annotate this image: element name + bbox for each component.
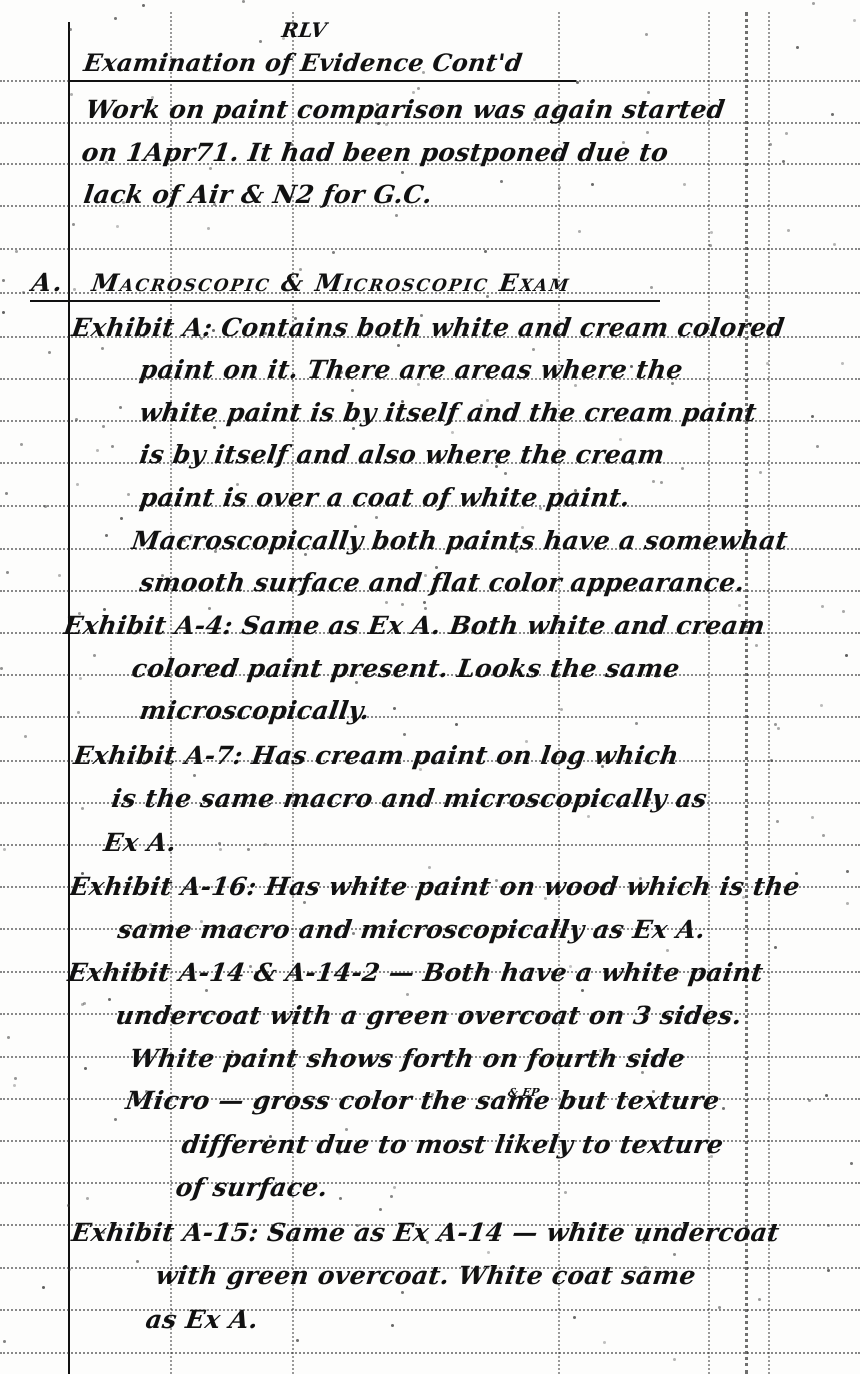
scan-speckle <box>199 1013 202 1016</box>
scan-speckle <box>294 317 297 320</box>
scan-speckle <box>504 472 507 475</box>
scan-speckle <box>647 91 650 94</box>
scan-speckle <box>219 848 222 851</box>
scan-speckle <box>83 1002 86 1005</box>
scan-speckle <box>145 1090 148 1093</box>
scan-speckle <box>119 406 122 409</box>
scan-speckle <box>195 413 198 416</box>
scan-speckle <box>354 525 357 528</box>
scan-speckle <box>718 1306 721 1309</box>
scan-speckle <box>282 37 285 40</box>
scan-speckle <box>375 516 378 519</box>
left-margin-line <box>68 22 70 1374</box>
scan-speckle <box>218 842 221 845</box>
scan-speckle <box>467 452 470 455</box>
scan-speckle <box>299 714 302 717</box>
scan-speckle <box>816 445 819 448</box>
scan-speckle <box>207 227 210 230</box>
scan-speckle <box>634 625 637 628</box>
notebook-line: White paint shows forth on fourth side <box>128 1044 687 1073</box>
scan-speckle <box>379 1208 382 1211</box>
scan-speckle <box>569 965 572 968</box>
scan-speckle <box>795 872 798 875</box>
scan-speckle <box>132 968 135 971</box>
scan-speckle <box>581 989 584 992</box>
scan-speckle <box>3 848 6 851</box>
scan-speckle <box>2 311 5 314</box>
section-underline <box>30 300 660 302</box>
scan-speckle <box>521 526 524 529</box>
scan-speckle <box>14 1077 17 1080</box>
scan-speckle <box>574 384 577 387</box>
scan-speckle <box>116 225 119 228</box>
scan-speckle <box>683 183 686 186</box>
scan-speckle <box>231 1050 234 1053</box>
scan-speckle <box>825 1094 828 1097</box>
scan-speckle <box>652 1090 655 1093</box>
scan-speckle <box>5 492 8 495</box>
scan-speckle <box>249 965 252 968</box>
scan-speckle <box>423 601 426 604</box>
scan-speckle <box>96 449 99 452</box>
scan-speckle <box>642 1241 645 1244</box>
notebook-line: of surface. <box>174 1173 330 1202</box>
scan-speckle <box>401 400 404 403</box>
scan-speckle <box>417 383 420 386</box>
scan-speckle <box>785 132 788 135</box>
intro-line: on 1Apr71. It had been postponed due to <box>80 138 670 167</box>
scan-speckle <box>214 550 217 553</box>
scan-speckle <box>605 1057 608 1060</box>
scan-speckle <box>127 493 130 496</box>
scan-speckle <box>385 123 388 126</box>
scan-speckle <box>639 877 642 880</box>
scan-speckle <box>332 251 335 254</box>
scan-speckle <box>340 371 343 374</box>
scan-speckle <box>576 81 579 84</box>
scan-speckle <box>603 1341 606 1344</box>
scan-speckle <box>122 201 125 204</box>
notebook-line: white paint is by itself and the cream p… <box>138 398 759 427</box>
scan-speckle <box>558 186 561 189</box>
scan-speckle <box>681 467 684 470</box>
scan-speckle <box>831 113 834 116</box>
scan-speckle <box>351 389 354 392</box>
scan-speckle <box>544 897 547 900</box>
scan-speckle <box>601 765 604 768</box>
intro-line: lack of Air & N2 for G.C. <box>82 180 434 209</box>
scan-speckle <box>81 872 84 875</box>
scan-speckle <box>114 17 117 20</box>
scan-speckle <box>846 870 849 873</box>
scan-speckle <box>820 704 823 707</box>
scan-speckle <box>487 1251 490 1254</box>
scan-speckle <box>451 431 454 434</box>
scan-speckle <box>296 1339 299 1342</box>
scan-speckle <box>44 505 47 508</box>
scan-speckle <box>303 901 306 904</box>
scan-speckle <box>673 1253 676 1256</box>
scan-speckle <box>582 968 585 971</box>
scan-speckle <box>853 19 856 22</box>
scan-speckle <box>675 969 678 972</box>
notebook-line: undercoat with a green overcoat on 3 sid… <box>114 1001 744 1030</box>
scan-speckle <box>397 344 400 347</box>
grid-vline <box>745 12 748 1374</box>
scan-speckle <box>68 1268 71 1271</box>
scan-speckle <box>79 677 82 680</box>
scan-speckle <box>755 644 758 647</box>
scan-speckle <box>200 920 203 923</box>
scan-speckle <box>474 893 477 896</box>
scan-speckle <box>208 69 211 72</box>
scan-speckle <box>193 774 196 777</box>
grid-vline <box>170 12 172 1374</box>
scan-speckle <box>72 223 75 226</box>
scan-speckle <box>573 1316 576 1319</box>
scan-speckle <box>622 141 625 144</box>
scan-speckle <box>376 103 379 106</box>
scan-speckle <box>58 574 61 577</box>
scan-speckle <box>81 807 84 810</box>
scan-speckle <box>200 337 203 340</box>
scan-speckle <box>812 2 815 5</box>
scan-speckle <box>630 365 633 368</box>
scan-speckle <box>435 566 438 569</box>
scan-speckle <box>666 949 669 952</box>
scan-speckle <box>213 426 216 429</box>
scan-speckle <box>650 286 653 289</box>
scan-speckle <box>591 183 594 186</box>
ruled-line <box>0 1352 860 1354</box>
scan-speckle <box>587 815 590 818</box>
ruled-line <box>0 1309 860 1311</box>
scan-speckle <box>136 1260 139 1263</box>
scan-speckle <box>103 608 106 611</box>
scan-speckle <box>406 993 409 996</box>
scan-speckle <box>420 314 423 317</box>
scan-speckle <box>67 1204 70 1207</box>
scan-speckle <box>393 707 396 710</box>
scan-speckle <box>646 131 649 134</box>
notebook-page: RLV Examination of Evidence Cont'd Work … <box>0 0 860 1374</box>
scan-speckle <box>641 1071 644 1074</box>
scan-speckle <box>533 118 536 121</box>
scan-speckle <box>671 382 674 385</box>
scan-speckle <box>77 711 80 714</box>
scan-speckle <box>307 105 310 108</box>
scan-speckle <box>436 107 439 110</box>
scan-speckle <box>774 723 777 726</box>
scan-speckle <box>401 171 404 174</box>
scan-speckle <box>747 296 750 299</box>
scan-speckle <box>3 1340 6 1343</box>
scan-speckle <box>845 654 848 657</box>
scan-speckle <box>13 1084 16 1087</box>
scan-speckle <box>841 362 844 365</box>
scan-speckle <box>759 471 762 474</box>
scan-speckle <box>774 946 777 949</box>
section-heading: Macroscopic & Microscopic Exam <box>90 268 573 297</box>
scan-speckle <box>842 610 845 613</box>
grid-vline <box>292 12 294 1374</box>
scan-speckle <box>738 604 741 607</box>
scan-speckle <box>412 91 415 94</box>
scan-speckle <box>419 768 422 771</box>
scan-speckle <box>86 1197 89 1200</box>
scan-speckle <box>264 332 267 335</box>
scan-speckle <box>484 250 487 253</box>
scan-speckle <box>539 507 542 510</box>
scan-speckle <box>618 805 621 808</box>
scan-speckle <box>209 167 212 170</box>
scan-speckle <box>78 612 81 615</box>
scan-speckle <box>24 735 27 738</box>
scan-speckle <box>560 708 563 711</box>
scan-speckle <box>770 759 773 762</box>
notebook-line: colored paint present. Looks the same <box>130 654 682 683</box>
scan-speckle <box>355 681 358 684</box>
scan-speckle <box>479 667 482 670</box>
notebook-line: as Ex A. <box>144 1305 260 1334</box>
scan-speckle <box>190 534 193 537</box>
scan-speckle <box>787 229 790 232</box>
scan-speckle <box>808 1099 811 1102</box>
scan-speckle <box>299 268 302 271</box>
scan-speckle <box>105 534 108 537</box>
scan-speckle <box>525 740 528 743</box>
scan-speckle <box>742 896 745 899</box>
scan-speckle <box>105 161 108 164</box>
scan-speckle <box>426 1241 429 1244</box>
scan-speckle <box>345 1128 348 1131</box>
scan-speckle <box>565 673 568 676</box>
notebook-line: with green overcoat. White coat same <box>154 1261 698 1290</box>
scan-speckle <box>722 1107 725 1110</box>
scan-speckle <box>286 762 289 765</box>
scan-speckle <box>6 571 9 574</box>
scan-speckle <box>674 977 677 980</box>
exhibit-entry-start: Exhibit A-7: Has cream paint on log whic… <box>72 741 681 770</box>
scan-speckle <box>183 539 186 542</box>
scan-speckle <box>236 483 239 486</box>
scan-speckle <box>42 1286 45 1289</box>
scan-speckle <box>417 87 420 90</box>
scan-speckle <box>75 418 78 421</box>
scan-speckle <box>356 1224 359 1227</box>
scan-speckle <box>212 329 215 332</box>
scan-speckle <box>619 438 622 441</box>
scan-speckle <box>709 244 712 247</box>
notebook-line: Micro — gross color the same but texture <box>124 1086 722 1115</box>
scan-speckle <box>612 875 615 878</box>
grid-vline <box>558 12 560 1374</box>
scan-speckle <box>422 71 425 74</box>
scan-speckle <box>395 214 398 217</box>
scan-speckle <box>0 667 3 670</box>
scan-speckle <box>15 250 18 253</box>
scan-speckle <box>242 0 245 3</box>
notebook-line: is by itself and also where the cream <box>138 440 667 469</box>
scan-speckle <box>515 550 518 553</box>
scan-speckle <box>120 517 123 520</box>
scan-speckle <box>495 879 498 882</box>
scan-speckle <box>455 723 458 726</box>
scan-speckle <box>827 1269 830 1272</box>
scan-speckle <box>73 288 76 291</box>
scan-speckle <box>495 465 498 468</box>
section-label: A. <box>30 268 66 297</box>
ruled-line <box>0 248 860 250</box>
insertion-note: & EP <box>507 1086 540 1099</box>
ruled-line <box>0 1182 860 1184</box>
scan-speckle <box>213 203 216 206</box>
intro-line: Work on paint comparison was again start… <box>84 95 727 124</box>
scan-speckle <box>259 40 262 43</box>
scan-speckle <box>149 923 152 926</box>
notebook-line: Macroscopically both paints have a somew… <box>130 526 790 555</box>
scan-speckle <box>648 798 651 801</box>
scan-speckle <box>482 967 485 970</box>
scan-speckle <box>108 998 111 1001</box>
scan-speckle <box>827 1224 830 1227</box>
scan-speckle <box>599 1049 602 1052</box>
scan-speckle <box>339 1197 342 1200</box>
notebook-line: microscopically. <box>138 696 372 725</box>
scan-speckle <box>710 231 713 234</box>
scan-speckle <box>352 427 355 430</box>
scan-speckle <box>304 553 307 556</box>
scan-speckle <box>660 481 663 484</box>
scan-speckle <box>644 1266 647 1269</box>
scan-speckle <box>102 425 105 428</box>
scan-speckle <box>776 820 779 823</box>
scan-speckle <box>401 603 404 606</box>
scan-speckle <box>424 607 427 610</box>
notebook-line: same macro and microscopically as Ex A. <box>116 915 707 944</box>
scan-speckle <box>428 866 431 869</box>
scan-speckle <box>142 4 145 7</box>
scan-speckle <box>833 243 836 246</box>
grid-vline <box>708 12 710 1374</box>
author-initials: RLV <box>280 18 328 42</box>
notebook-line: paint on it. There are areas where the <box>138 355 685 384</box>
scan-speckle <box>393 1186 396 1189</box>
scan-speckle <box>532 348 535 351</box>
scan-speckle <box>655 675 658 678</box>
title-underline <box>70 80 576 82</box>
scan-speckle <box>147 669 150 672</box>
scan-speckle <box>486 295 489 298</box>
scan-speckle <box>846 902 849 905</box>
scan-speckle <box>500 180 503 183</box>
scan-speckle <box>710 1155 713 1158</box>
scan-speckle <box>480 404 483 407</box>
scan-speckle <box>70 93 73 96</box>
scan-speckle <box>208 607 211 610</box>
scan-speckle <box>143 377 146 380</box>
scan-speckle <box>439 1239 442 1242</box>
notebook-line: Ex A. <box>102 828 178 857</box>
scan-speckle <box>777 727 780 730</box>
exhibit-entry-start: Exhibit A-16: Has white paint on wood wh… <box>68 872 802 901</box>
grid-vline <box>768 12 770 1374</box>
scan-speckle <box>93 654 96 657</box>
scan-speckle <box>811 415 814 418</box>
scan-speckle <box>564 1191 567 1194</box>
notebook-line: is the same macro and microscopically as <box>110 784 709 813</box>
scan-speckle <box>84 1067 87 1070</box>
page-title: Examination of Evidence Cont'd <box>82 48 524 77</box>
scan-speckle <box>114 1118 117 1121</box>
scan-speckle <box>673 1358 676 1361</box>
scan-speckle <box>7 1036 10 1039</box>
scan-speckle <box>486 399 489 402</box>
scan-speckle <box>196 405 199 408</box>
exhibit-entry-start: Exhibit A-4: Same as Ex A. Both white an… <box>62 611 767 640</box>
scan-speckle <box>769 143 772 146</box>
scan-speckle <box>290 143 293 146</box>
scan-speckle <box>424 574 427 577</box>
exhibit-entry-start: Exhibit A-14 & A-14-2 — Both have a whit… <box>66 958 765 987</box>
scan-speckle <box>635 722 638 725</box>
scan-speckle <box>247 848 250 851</box>
scan-speckle <box>641 1144 644 1147</box>
exhibit-entry-start: Exhibit A: Contains both white and cream… <box>70 313 786 342</box>
scan-speckle <box>578 1273 581 1276</box>
scan-speckle <box>377 122 380 125</box>
ruled-line <box>0 716 860 718</box>
scan-speckle <box>578 230 581 233</box>
scan-speckle <box>401 1291 404 1294</box>
scan-speckle <box>205 989 208 992</box>
scan-speckle <box>574 489 577 492</box>
scan-speckle <box>48 351 51 354</box>
scan-speckle <box>821 605 824 608</box>
scan-speckle <box>161 574 164 577</box>
scan-speckle <box>822 834 825 837</box>
scan-speckle <box>631 462 634 465</box>
scan-speckle <box>464 926 467 929</box>
scan-speckle <box>850 1162 853 1165</box>
scan-speckle <box>403 733 406 736</box>
scan-speckle <box>22 291 25 294</box>
scan-speckle <box>264 843 267 846</box>
scan-speckle <box>391 1324 394 1327</box>
scan-speckle <box>645 33 648 36</box>
scan-speckle <box>151 96 154 99</box>
scan-speckle <box>652 480 655 483</box>
scan-speckle <box>562 104 565 107</box>
scan-speckle <box>782 160 785 163</box>
scan-speckle <box>20 443 23 446</box>
scan-speckle <box>338 1152 341 1155</box>
scan-speckle <box>2 279 5 282</box>
scan-speckle <box>202 1017 205 1020</box>
scan-speckle <box>811 816 814 819</box>
scan-speckle <box>796 46 799 49</box>
scan-speckle <box>69 28 72 31</box>
scan-speckle <box>111 445 114 448</box>
scan-speckle <box>102 1231 105 1234</box>
scan-speckle <box>431 1093 434 1096</box>
scan-speckle <box>269 1135 272 1138</box>
scan-speckle <box>352 932 355 935</box>
scan-speckle <box>76 483 79 486</box>
scan-speckle <box>101 347 104 350</box>
scan-speckle <box>758 1298 761 1301</box>
notebook-line: smooth surface and flat color appearance… <box>138 568 747 597</box>
